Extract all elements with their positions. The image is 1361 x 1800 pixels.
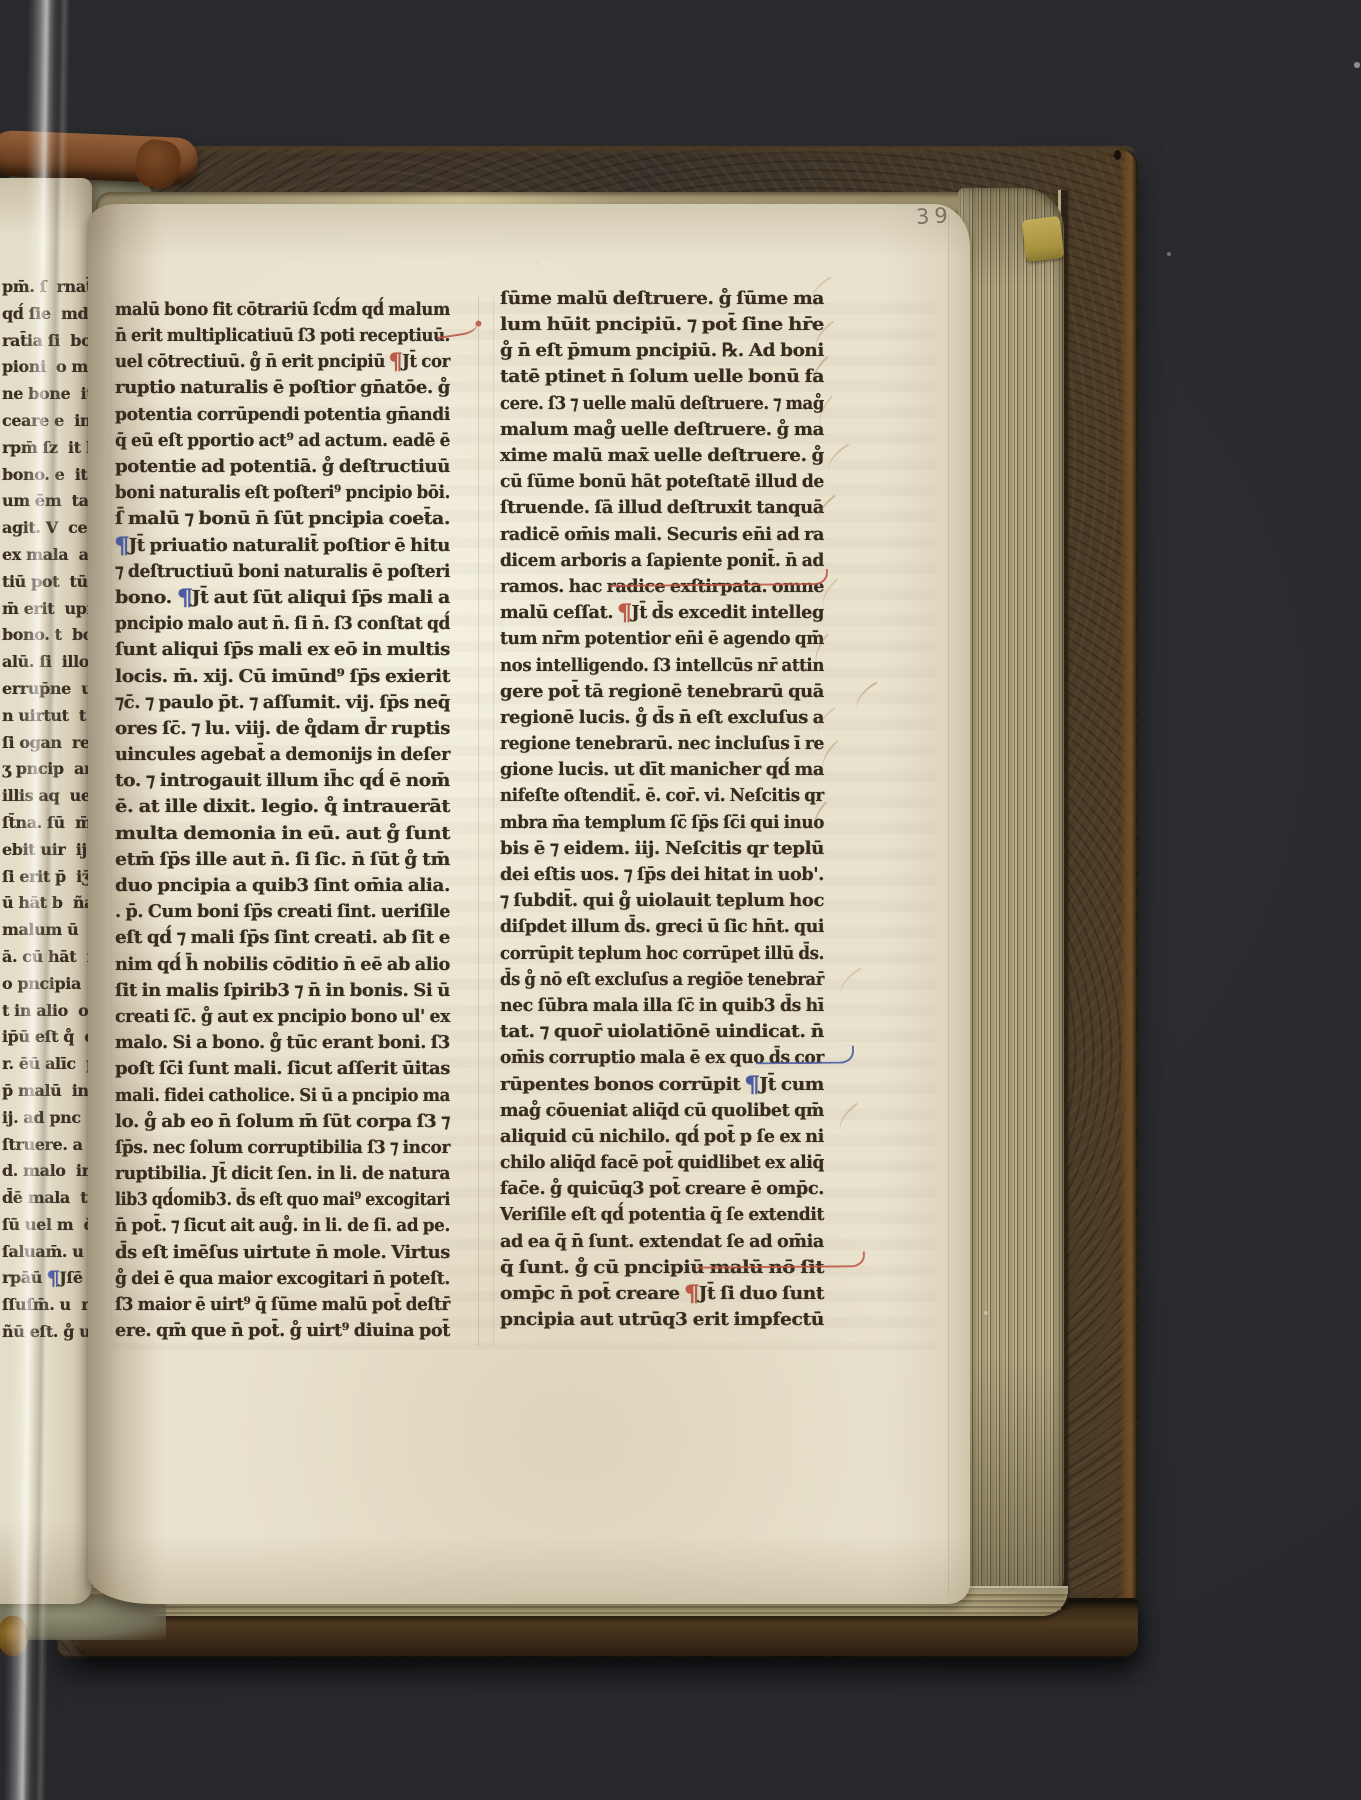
photo-backdrop: pm̄. ſ rnat̄aqd́ ſie mde arat̄ia ſi bona… [0, 0, 1361, 1800]
red-flourish [697, 1251, 865, 1268]
text-line: radicē om̄is mali. Securis en̄i ad ra [500, 522, 824, 548]
text-line: tum nr̄m potentior en̄i ē agendo qm̄ [500, 626, 824, 652]
text-line: poſt ſc̄i ſunt mali. ſicut aſſerit ūitas [115, 1056, 450, 1082]
text-line: nos intelligendo. ſ3 intellcūs nr̄ attin [500, 653, 824, 679]
blue-paraph-mark: ¶ [176, 588, 192, 610]
text-line: ſ3 maior ē uirt⁹ q̄ ſūme malū pot̄ deſtr… [115, 1292, 450, 1318]
text-column-left: malū bono fit cōtrariū ſcd́m qd́ malumn̄… [115, 297, 450, 1345]
text-line: multa demonia in eū. aut g̊ ſunt [115, 821, 450, 847]
text-line: gione lucis. ut dīt manicher qd́ ma [500, 757, 824, 783]
text-line: q̄ eū eſt pportio act⁹ ad actum. eadē ē [115, 428, 450, 454]
text-line: diſpdet illum d̄s. greci ū ſic hn̄t. qui [500, 914, 824, 940]
text-line: nim qd́ h̄ nobilis cōditio n̄ eē ab alio [115, 952, 450, 978]
text-line: dei eſtis uos. ⁊ ſp̄s dei hitat in uob'. [500, 862, 824, 888]
text-line: etm̄ ſp̄s ille aut n̄. ſi ſic. n̄ ſūt g̊… [115, 847, 450, 873]
text-line: chilo aliq̄d facē pot̄ quidlibet ex aliq… [500, 1150, 824, 1176]
text-line: ⁊ deſtructiuū boni naturalis ē poſteri [115, 559, 450, 585]
text-line: lib3 qd́omib3. d̄s eſt quo mai⁹ excogita… [115, 1187, 450, 1213]
text-line: malū ceſſat. ¶Jt̄ d̄s excedit intelleg [500, 600, 824, 626]
text-line: Veriſile eſt qd́ potentia q̄ ſe extendit [500, 1202, 824, 1228]
text-line: ſtruende. ſā illud deſtruxit tanquā [500, 495, 824, 521]
red-flourish [610, 569, 828, 587]
cover-edge-top [150, 146, 1136, 156]
text-line: ſp̄s. nec ſolum corruptibilia ſ3 ⁊ incor [115, 1135, 450, 1161]
text-line: cere. ſ3 ⁊ uelle malū deſtruere. ⁊ mag̊ [500, 391, 824, 417]
red-paraph-mark: ¶ [684, 1284, 700, 1306]
text-line: creati ſc̄. g̊ aut ex pncipio bono ul' e… [115, 1004, 450, 1030]
text-line: locis. m̄. xij. Cū imūnd⁹ ſp̄s exierit [115, 664, 450, 690]
text-line: mali. fidei catholice. Si ū a pncipio ma [115, 1083, 450, 1109]
text-line: rūpentes bonos corrūpit ¶Jt̄ cum [500, 1072, 824, 1098]
fore-edge-page-stack [958, 188, 1064, 1610]
text-line: regionē lucis. g̊ d̄s n̄ eſt excluſus a [500, 705, 824, 731]
text-line: pncipia aut utrūq3 erit impfectū [500, 1307, 824, 1333]
text-line: ⁊c̄. ⁊ paulo p̄t. ⁊ aſſumit. vij. ſp̄s n… [115, 690, 450, 716]
text-line: ruptibilia. Jt̄ dicit ſen. in li. de nat… [115, 1161, 450, 1187]
text-line: omp̄c n̄ pot̄ creare ¶Jt̄ ſi duo ſunt [500, 1281, 824, 1307]
text-line: malo. Si a bono. g̊ tūc erant boni. ſ3 [115, 1030, 450, 1056]
parchment-tab [1022, 216, 1065, 262]
text-line: aliquid cū nichilo. qd́ pot̄ p ſe ex ni [500, 1124, 824, 1150]
text-line: boni naturalis eſt poſteri⁹ pncipio bōi. [115, 480, 450, 506]
text-line: ſ̄ malū ⁊ bonū n̄ ſūt pncipia coet̄a. [115, 506, 450, 532]
text-line: cū ſūme bonū hāt poteſtatē illud de [500, 469, 824, 495]
text-line: . p̄. Cum boni ſp̄s creati ſint. ueriſil… [115, 899, 450, 925]
red-paraph-mark: ¶ [389, 352, 403, 374]
fore-edge-crease [948, 214, 949, 1594]
text-line: ſit in malis ſpirib3 ⁊ n̄ in bonis. Si ū [115, 978, 450, 1004]
text-line: d̄s g̊ nō eſt excluſus a regiōe tenebrar… [500, 967, 824, 993]
text-line: bono. ¶Jt̄ aut ſūt aliqui ſp̄s mali a [115, 585, 450, 611]
text-line: nec ſūbra mala illa ſc̄ in quib3 d̄s hī [500, 993, 824, 1019]
text-line: malum mag̊ uelle deſtruere. g̊ ma [500, 417, 824, 443]
text-line: mbra m̄a templum ſc̄ ſp̄s ſc̄i qui inuo [500, 810, 824, 836]
text-line: ¶Jt̄ priuatio naturalit̄ poſtior ē hitu [115, 533, 450, 559]
text-line: xime malū max̄ uelle deſtruere. g̊ [500, 443, 824, 469]
text-line: ſunt aliqui ſp̄s mali ex eō in multis [115, 637, 450, 663]
text-line: d̄s eſt imēſus uirtute n̄ mole. Virtus [115, 1240, 450, 1266]
text-line: tat. ⁊ quor̄ uiolatiōnē uindicat. n̄ [500, 1019, 824, 1045]
text-line: mag̊ cōueniat aliq̄d cū quolibet qm̄ [500, 1098, 824, 1124]
text-line: lum hūit pncipiū. ⁊ pot̄ ſine hr̄e [500, 312, 824, 338]
text-column-right: ſūme malū deſtruere. g̊ ſūme malum hūit … [500, 286, 824, 1334]
ruling-line-gap-2 [493, 296, 494, 1346]
text-line: malū bono fit cōtrariū ſcd́m qd́ malum [115, 297, 450, 323]
blue-flourish [756, 1046, 854, 1065]
ruling-line-left [110, 298, 111, 1340]
text-line: g̊ dei ē qua maior excogitari n̄ poteſt. [115, 1266, 450, 1292]
dust-specks [0, 0, 2, 2]
text-line: ruptio naturalis ē poſtior gn̄atōe. g̊ [115, 375, 450, 401]
blue-paraph-mark: ¶ [745, 1075, 761, 1097]
text-line: pncipio malo aut n̄. ſi n̄. ſ3 conſtat q… [115, 611, 450, 637]
text-line: potentie ad potentiā. g̊ deſtructiuū [115, 454, 450, 480]
cover-notch [1114, 150, 1121, 160]
text-line: eſt qd́ ⁊ mali ſp̄s ſint creati. ab ſit … [115, 925, 450, 951]
folio-number: 39 [915, 203, 953, 229]
text-line: to. ⁊ introgauit illum ih̄c qd́ ē nom̄ [115, 768, 450, 794]
text-line: regione tenebrarū. nec incluſus ī re [500, 731, 824, 757]
text-line: potentia corrūpendi potentia gn̄andi [115, 402, 450, 428]
text-line: ſūme malū deſtruere. g̊ ſūme ma [500, 286, 824, 312]
text-line: tatē ptinet n̄ ſolum uelle bonū fa [500, 364, 824, 390]
text-line: bis ē ⁊ eidem. iij. Neſcitis qr teplū [500, 836, 824, 862]
red-paraph-mark: ¶ [617, 603, 632, 625]
text-line: fac̄e. g̊ quicūq3 pot̄ creare ē omp̄c. [500, 1176, 824, 1202]
text-line: gere pot̄ tā regionē tenebrarū quā [500, 679, 824, 705]
text-line: ⁊ ſubdit̄. qui g̊ uiolauit teplum hoc [500, 888, 824, 914]
text-line: n̄ erit multiplicatiuū ſ3 poti receptiuū… [115, 323, 450, 349]
text-line: uel cōtrectiuū. g̊ n̄ erit pncipiū ¶Jt̄ … [115, 349, 450, 375]
text-line: duo pncipia a quib3 ſint om̄ia alia. [115, 873, 450, 899]
text-line: n̄ pot̄. ⁊ ſicut ait aug̊. in li. de ſi.… [115, 1213, 450, 1239]
text-line: ere. qm̄ que n̄ pot̄. g̊ uirt⁹ diuina po… [115, 1318, 450, 1344]
text-line: ē. at ille dixit. legio. q̊ intrauerāt [115, 794, 450, 820]
text-line: lo. g̊ ab eo n̄ ſolum m̄ ſūt corpa ſ3 ⁊ [115, 1109, 450, 1135]
text-line: uincules agebat̄ a demonijs in deſer [115, 742, 450, 768]
text-line: ad ea q̄ n̄ ſunt. extendat ſe ad om̄ia [500, 1229, 824, 1255]
text-line: corrūpit teplum hoc corrūpet illū d̄s. [500, 941, 824, 967]
ruling-line-gap-1 [478, 296, 479, 1346]
blue-paraph-mark: ¶ [114, 536, 129, 558]
text-line: nifeſte oſtendit̄. ē. cor̄. vi. Neſcitis… [500, 783, 824, 809]
text-line: ores ſc̄. ⁊ lu. viij. de q̊dam d̄r rupti… [115, 716, 450, 742]
text-line: g̊ n̄ eſt p̄mum pncipiū. ℞. Ad boni [500, 338, 824, 364]
cover-edge-right [1120, 150, 1136, 1652]
